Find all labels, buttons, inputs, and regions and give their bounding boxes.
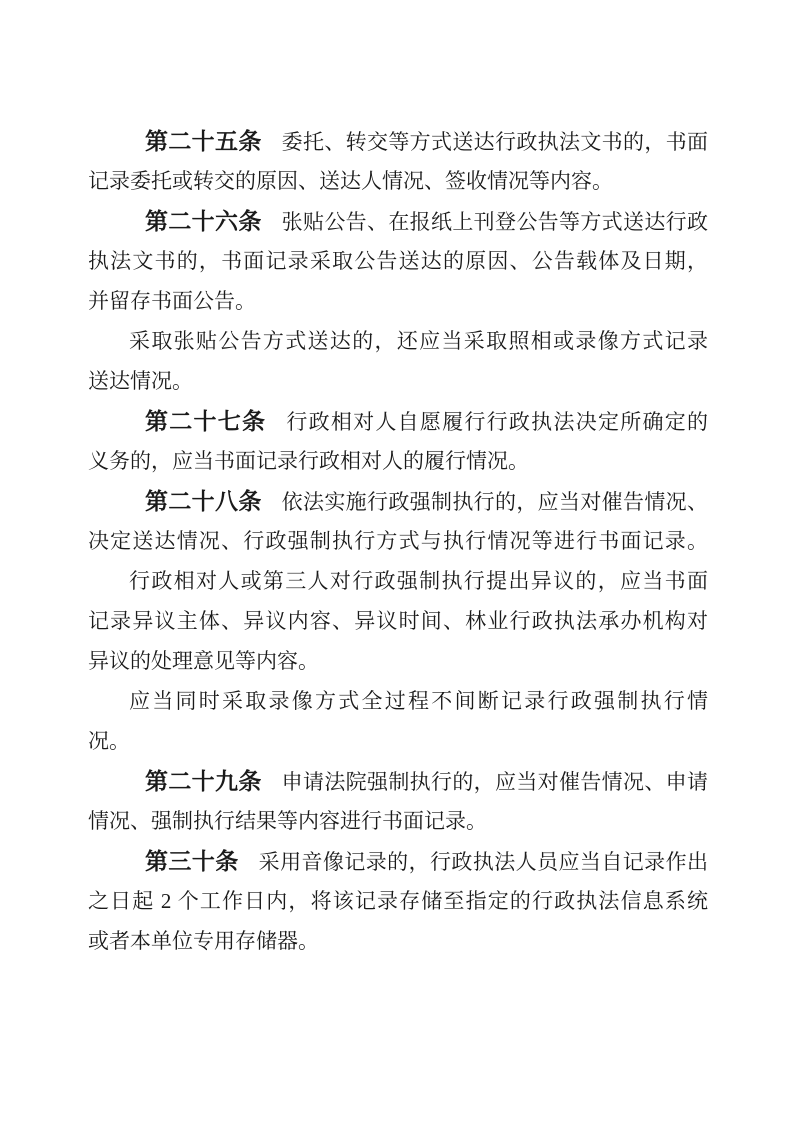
article-paragraph: 第二十九条申请法院强制执行的，应当对催告情况、申请 情况、强制执行结果等内容进行… bbox=[88, 761, 708, 841]
text-line: 异议的处理意见等内容。 bbox=[88, 641, 708, 681]
document-page: 第二十五条委托、转交等方式送达行政执法文书的，书面 记录委托或转交的原因、送达人… bbox=[0, 0, 793, 1122]
text-line: 并留存书面公告。 bbox=[88, 281, 708, 321]
line-text: 申请法院强制执行的，应当对催告情况、申请 bbox=[282, 770, 708, 794]
article-number: 第二十六条 bbox=[145, 208, 262, 234]
article-paragraph: 第二十七条行政相对人自愿履行行政执法决定所确定的 义务的，应当书面记录行政相对人… bbox=[88, 401, 708, 481]
line-text: 采用音像记录的，行政执法人员应当自记录作出 bbox=[259, 850, 708, 874]
text-line: 第二十六条张贴公告、在报纸上刊登公告等方式送达行政 bbox=[88, 201, 708, 241]
line-text: 委托、转交等方式送达行政执法文书的，书面 bbox=[282, 130, 708, 154]
text-line: 第二十八条依法实施行政强制执行的，应当对催告情况、 bbox=[88, 481, 708, 521]
article-paragraph: 第二十五条委托、转交等方式送达行政执法文书的，书面 记录委托或转交的原因、送达人… bbox=[88, 121, 708, 201]
article-paragraph: 第二十八条依法实施行政强制执行的，应当对催告情况、 决定送达情况、行政强制执行方… bbox=[88, 481, 708, 561]
text-line: 第二十五条委托、转交等方式送达行政执法文书的，书面 bbox=[88, 121, 708, 161]
text-line: 应当同时采取录像方式全过程不间断记录行政强制执行情 bbox=[88, 681, 708, 721]
article-paragraph: 第三十条采用音像记录的，行政执法人员应当自记录作出 之日起 2 个工作日内，将该… bbox=[88, 841, 708, 961]
text-line: 采取张贴公告方式送达的，还应当采取照相或录像方式记录 bbox=[88, 321, 708, 361]
article-paragraph: 第二十六条张贴公告、在报纸上刊登公告等方式送达行政 执法文书的，书面记录采取公告… bbox=[88, 201, 708, 321]
body-paragraph: 应当同时采取录像方式全过程不间断记录行政强制执行情 况。 bbox=[88, 681, 708, 761]
text-block: 第二十五条委托、转交等方式送达行政执法文书的，书面 记录委托或转交的原因、送达人… bbox=[88, 121, 708, 961]
body-paragraph: 行政相对人或第三人对行政强制执行提出异议的，应当书面 记录异议主体、异议内容、异… bbox=[88, 561, 708, 681]
text-line: 行政相对人或第三人对行政强制执行提出异议的，应当书面 bbox=[88, 561, 708, 601]
text-line: 之日起 2 个工作日内，将该记录存储至指定的行政执法信息系统 bbox=[88, 881, 708, 921]
text-line: 第二十九条申请法院强制执行的，应当对催告情况、申请 bbox=[88, 761, 708, 801]
article-number: 第二十九条 bbox=[145, 768, 262, 794]
text-line: 或者本单位专用存储器。 bbox=[88, 921, 708, 961]
text-line: 记录委托或转交的原因、送达人情况、签收情况等内容。 bbox=[88, 161, 708, 201]
line-text: 张贴公告、在报纸上刊登公告等方式送达行政 bbox=[282, 210, 708, 234]
line-text: 行政相对人自愿履行行政执法决定所确定的 bbox=[286, 410, 708, 434]
text-line: 决定送达情况、行政强制执行方式与执行情况等进行书面记录。 bbox=[88, 521, 708, 561]
text-line: 况。 bbox=[88, 721, 708, 761]
text-line: 第二十七条行政相对人自愿履行行政执法决定所确定的 bbox=[88, 401, 708, 441]
body-paragraph: 采取张贴公告方式送达的，还应当采取照相或录像方式记录 送达情况。 bbox=[88, 321, 708, 401]
line-text: 依法实施行政强制执行的，应当对催告情况、 bbox=[282, 490, 708, 514]
text-line: 记录异议主体、异议内容、异议时间、林业行政执法承办机构对 bbox=[88, 601, 708, 641]
text-line: 第三十条采用音像记录的，行政执法人员应当自记录作出 bbox=[88, 841, 708, 881]
article-number: 第二十五条 bbox=[145, 128, 262, 154]
text-line: 情况、强制执行结果等内容进行书面记录。 bbox=[88, 801, 708, 841]
text-line: 执法文书的，书面记录采取公告送达的原因、公告载体及日期， bbox=[88, 241, 708, 281]
article-number: 第三十条 bbox=[145, 848, 239, 874]
text-line: 义务的，应当书面记录行政相对人的履行情况。 bbox=[88, 441, 708, 481]
article-number: 第二十七条 bbox=[145, 408, 266, 434]
article-number: 第二十八条 bbox=[145, 488, 262, 514]
text-line: 送达情况。 bbox=[88, 361, 708, 401]
